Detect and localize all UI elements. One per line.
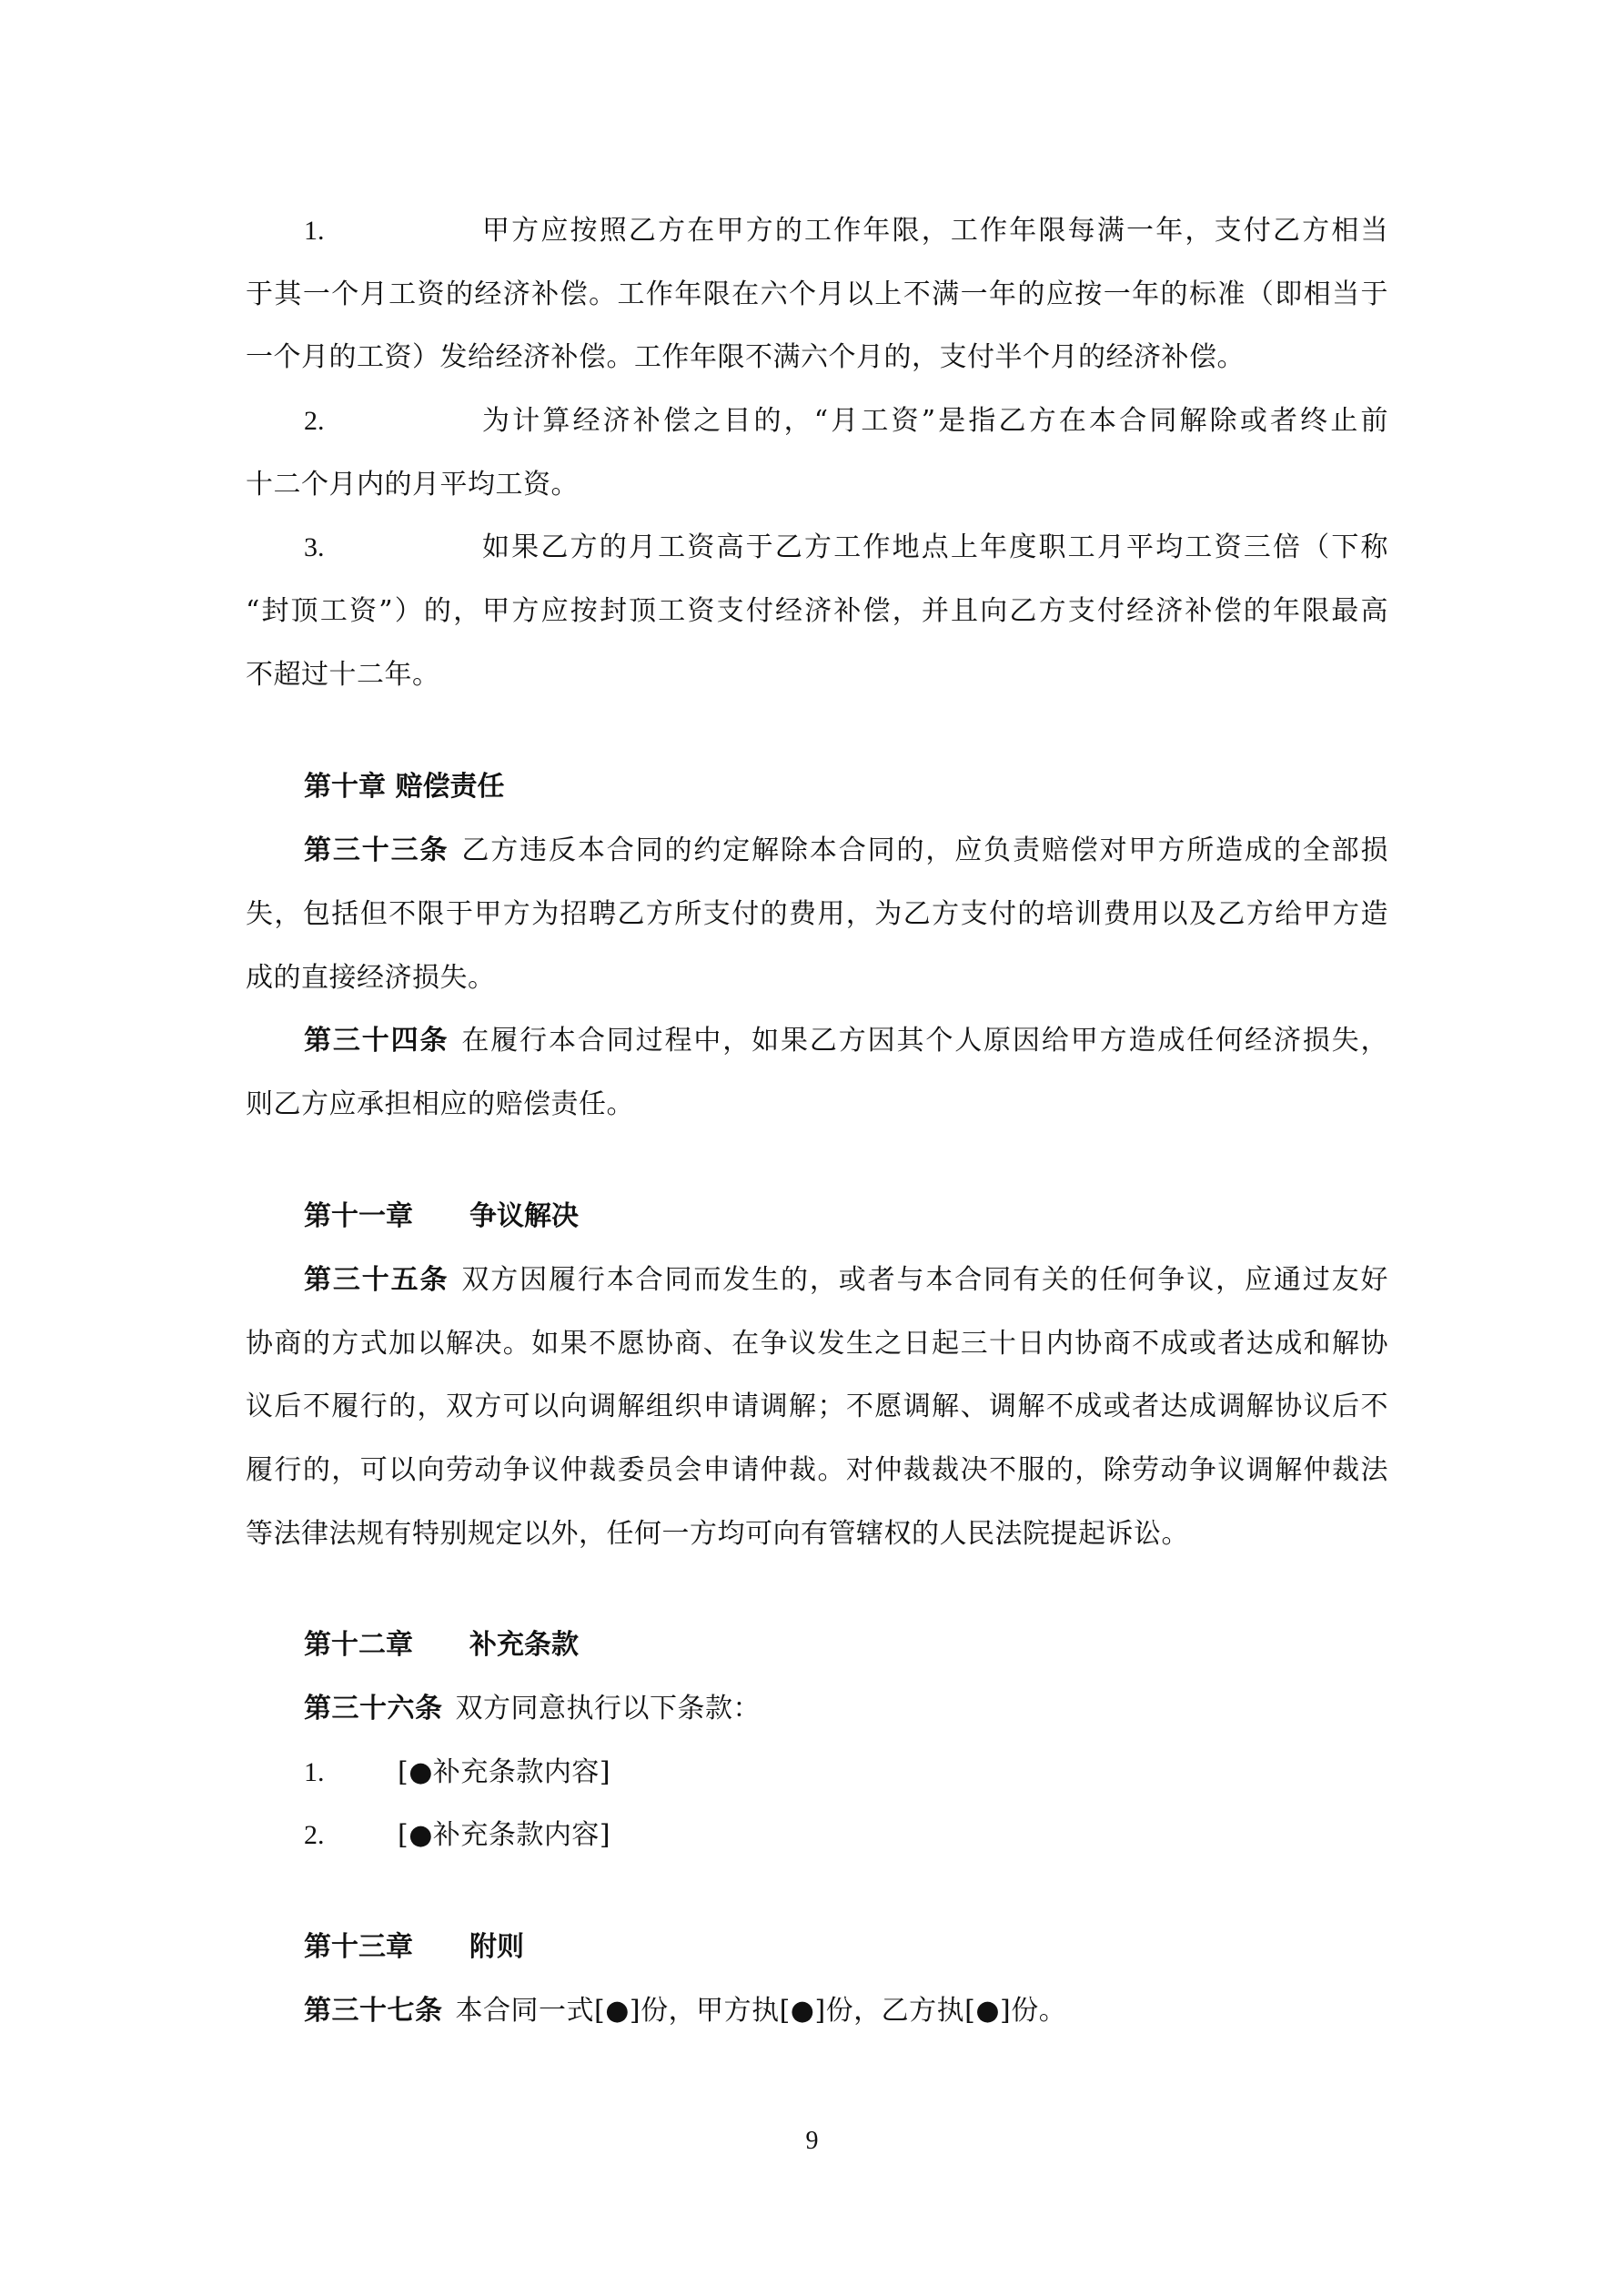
chapter-name: 争议解决: [469, 1200, 579, 1232]
paragraph-line: 履行的，可以向劳动争议仲裁委员会申请仲裁。对仲裁裁决不服的，除劳动争议调解仲裁法: [246, 1452, 1388, 1489]
article-text: 双方因履行本合同而发生的，或者与本合同有关的任何争议，应通过友好: [461, 1264, 1388, 1296]
chapter-name: 附则: [469, 1931, 524, 1963]
article-text: 在履行本合同过程中，如果乙方因其个人原因给甲方造成任何经济损失，: [461, 1025, 1388, 1057]
paragraph-line: 失，包括但不限于甲方为招聘乙方所支付的费用，为乙方支付的培训费用以及乙方给甲方造: [246, 896, 1388, 933]
list-number: 2.: [304, 403, 325, 440]
chapter-number: 第十三章: [304, 1931, 413, 1963]
paragraph-line: 成的直接经济损失。: [246, 960, 496, 996]
article-35: 第三十五条双方因履行本合同而发生的，或者与本合同有关的任何争议，应通过友好: [246, 1262, 1388, 1299]
paragraph-line: 一个月的工资）发给经济补偿。工作年限不满六个月的，支付半个月的经济补偿。: [246, 339, 1245, 376]
article-label: 第三十三条: [304, 834, 449, 866]
article-text: 本合同一式[●]份，甲方执[●]份，乙方执[●]份。: [456, 1995, 1067, 2027]
article-text: 双方同意执行以下条款：: [456, 1693, 762, 1725]
list-number: 2.: [304, 1817, 325, 1854]
article-36: 第三十六条双方同意执行以下条款：: [304, 1691, 761, 1727]
paragraph-line: 甲方应按照乙方在甲方的工作年限，工作年限每满一年，支付乙方相当: [482, 213, 1388, 249]
article-text: 乙方违反本合同的约定解除本合同的，应负责赔偿对甲方所造成的全部损: [461, 834, 1388, 866]
paragraph-line: 不超过十二年。: [246, 657, 440, 693]
placeholder-clause: [●补充条款内容]: [398, 1817, 610, 1854]
paragraph-line: 等法律法规有特别规定以外，任何一方均可向有管辖权的人民法院提起诉讼。: [246, 1516, 1189, 1553]
paragraph-line: 协商的方式加以解决。如果不愿协商、在争议发生之日起三十日内协商不成或者达成和解协: [246, 1326, 1388, 1362]
paragraph-line: 于其一个月工资的经济补偿。工作年限在六个月以上不满一年的应按一年的标准（即相当于: [246, 277, 1388, 313]
placeholder-clause: [●补充条款内容]: [398, 1755, 610, 1791]
chapter-heading: 第十三章附则: [304, 1929, 524, 1966]
paragraph-line: 如果乙方的月工资高于乙方工作地点上年度职工月平均工资三倍（下称: [482, 530, 1388, 566]
paragraph-line: 为计算经济补偿之目的，“月工资”是指乙方在本合同解除或者终止前: [482, 403, 1388, 440]
chapter-heading: 第十章 赔偿责任: [304, 769, 504, 805]
list-number: 1.: [304, 1755, 325, 1791]
paragraph-line: 则乙方应承担相应的赔偿责任。: [246, 1087, 634, 1123]
chapter-number: 第十一章: [304, 1200, 413, 1232]
article-label: 第三十四条: [304, 1025, 449, 1057]
list-number: 3.: [304, 530, 325, 566]
list-number: 1.: [304, 213, 325, 249]
page-number: 9: [0, 2127, 1624, 2156]
document-page: 1. 甲方应按照乙方在甲方的工作年限，工作年限每满一年，支付乙方相当 于其一个月…: [0, 0, 1624, 2296]
paragraph-line: 十二个月内的月平均工资。: [246, 467, 579, 503]
chapter-number: 第十二章: [304, 1629, 413, 1661]
article-37: 第三十七条本合同一式[●]份，甲方执[●]份，乙方执[●]份。: [304, 1993, 1066, 2029]
article-label: 第三十六条: [304, 1693, 443, 1725]
article-34: 第三十四条在履行本合同过程中，如果乙方因其个人原因给甲方造成任何经济损失，: [246, 1023, 1388, 1059]
article-33: 第三十三条乙方违反本合同的约定解除本合同的，应负责赔偿对甲方所造成的全部损: [246, 833, 1388, 869]
paragraph-line: “封顶工资”）的，甲方应按封顶工资支付经济补偿，并且向乙方支付经济补偿的年限最高: [246, 593, 1388, 630]
article-label: 第三十五条: [304, 1264, 449, 1296]
chapter-heading: 第十二章补充条款: [304, 1627, 579, 1664]
chapter-heading: 第十一章争议解决: [304, 1199, 579, 1235]
chapter-name: 补充条款: [469, 1629, 579, 1661]
article-label: 第三十七条: [304, 1995, 443, 2027]
paragraph-line: 议后不履行的，双方可以向调解组织申请调解；不愿调解、调解不成或者达成调解协议后不: [246, 1389, 1388, 1425]
